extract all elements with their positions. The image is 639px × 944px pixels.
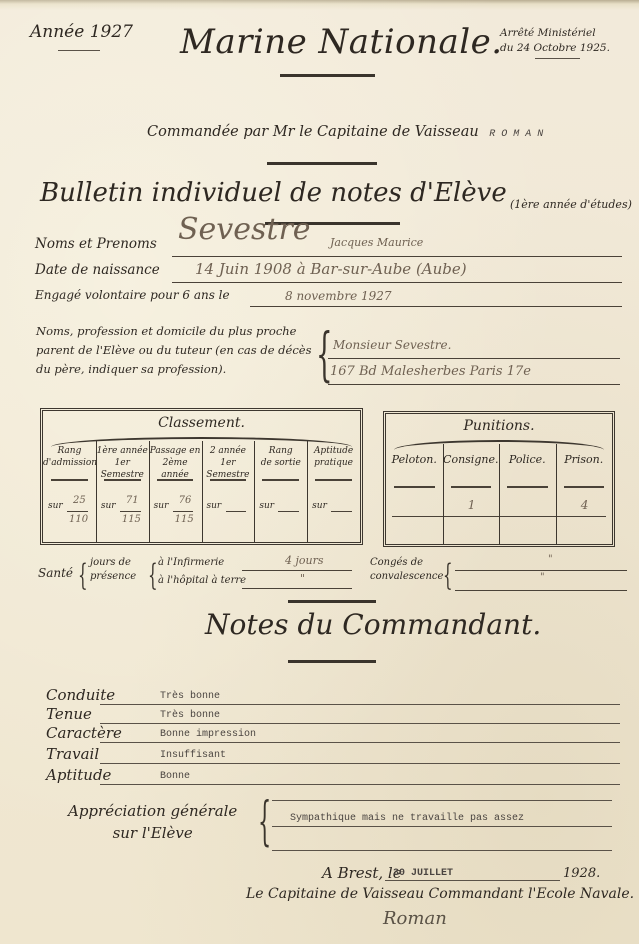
field-line [100, 704, 620, 705]
field-line [272, 800, 612, 801]
decree-line-1: Arrêté Ministériel [500, 26, 610, 41]
divider [157, 479, 194, 481]
divider [280, 74, 375, 77]
names-label: Noms et Prenoms [35, 236, 157, 252]
divider [507, 486, 548, 488]
hospital-value: " [300, 572, 305, 585]
sur-label: sur [207, 501, 222, 511]
column-header-line-1: Passage en [149, 445, 202, 457]
divider [262, 479, 299, 481]
field-line [172, 282, 622, 283]
total-value: 115 [175, 514, 194, 525]
column-header: Prison. [556, 454, 613, 466]
note-label: Aptitude [46, 766, 111, 784]
convalescence-label: Congés de convalescence [370, 556, 443, 584]
rank-value: 25 [73, 495, 86, 506]
document-title: Marine Nationale. [180, 22, 503, 62]
field-line [385, 880, 560, 881]
column-header-line-1: Rang [254, 445, 307, 457]
field-line [455, 570, 627, 571]
parent-line-1: Monsieur Sevestre. [333, 338, 451, 352]
field-line [100, 723, 620, 724]
infirmary-label: à l'Infirmerie [158, 556, 224, 570]
column-header: Peloton. [386, 454, 443, 466]
captain-name: ROMAN [489, 129, 549, 140]
divider [288, 660, 376, 663]
brace-icon: { [443, 558, 453, 593]
divider [564, 486, 605, 488]
field-line [242, 570, 352, 571]
field-line [331, 511, 352, 512]
column-header-line-2: de sortie [254, 457, 307, 469]
column-header-line-2: 1er Semestre [202, 457, 255, 481]
field-line [100, 784, 620, 785]
command-line: Commandée par Mr le Capitaine de Vaissea… [147, 124, 549, 140]
presence-label-1: jours de [90, 556, 136, 570]
appreciation-value: Sympathique mais ne travaille pas assez [290, 813, 524, 824]
field-line [272, 850, 612, 851]
sur-label: sur [101, 501, 116, 511]
divider [104, 479, 141, 481]
appreciation-label: Appréciation générale sur l'Elève [68, 800, 237, 844]
punition-value: 4 [581, 498, 589, 512]
year-field: Année 1927 [30, 22, 133, 42]
column-header-line-1: Rang [43, 445, 96, 457]
year-value: 1927 [90, 22, 133, 42]
field-line [250, 306, 622, 307]
parent-label-line-1: Noms, profession et domicile du plus pro… [36, 322, 311, 341]
total-value: 110 [69, 514, 88, 525]
decree-line-2: du 24 Octobre 1925. [500, 41, 610, 56]
rank-value: 76 [179, 495, 192, 506]
divider [535, 58, 580, 59]
year-label: Année [30, 22, 84, 42]
note-value: Très bonne [160, 710, 220, 721]
field-line [328, 384, 620, 385]
surname-value: Sevestre [178, 212, 311, 247]
presence-label-2: présence [90, 570, 136, 584]
health-label: Santé [38, 566, 73, 580]
convalescence-value-1: " [548, 554, 553, 565]
field-line [278, 511, 299, 512]
column-header: Police. [499, 454, 556, 466]
parent-label: Noms, profession et domicile du plus pro… [36, 322, 311, 379]
sur-label: sur [48, 501, 63, 511]
column-header: 2 année1er Semestre [202, 445, 255, 481]
column-header: 1ère année1er Semestre [96, 445, 149, 481]
field-line [120, 511, 141, 512]
divider [58, 50, 100, 51]
sur-label: sur [259, 501, 274, 511]
note-value: Bonne [160, 771, 190, 782]
field-line [272, 826, 612, 827]
bulletin-subtitle: (1ère année d'études) [510, 198, 632, 211]
column-header: Consigne. [443, 454, 500, 466]
parent-label-line-3: du père, indiquer sa profession). [36, 360, 311, 379]
rank-value: 71 [126, 495, 139, 506]
birth-value: 14 Juin 1908 à Bar-sur-Aube (Aube) [195, 260, 467, 278]
note-label: Travail [46, 745, 99, 763]
enlistment-label: Engagé volontaire pour 6 ans le [35, 288, 230, 302]
presence-days-label: jours de présence [90, 556, 136, 584]
field-line [100, 742, 620, 743]
signature: Roman [383, 908, 447, 929]
total-value: 115 [122, 514, 141, 525]
firstnames-value: Jacques Maurice [330, 236, 423, 249]
divider [288, 600, 376, 603]
brace-icon: { [148, 558, 158, 593]
column-header: Aptitudepratique [307, 445, 360, 469]
field-line [172, 256, 622, 257]
divider [210, 479, 247, 481]
field-line [173, 511, 194, 512]
decree-reference: Arrêté Ministériel du 24 Octobre 1925. [500, 26, 610, 56]
column-header-line-2: 2ème année [149, 457, 202, 481]
note-value: Très bonne [160, 691, 220, 702]
column-header: Rangde sortie [254, 445, 307, 469]
parent-line-2: 167 Bd Malesherbes Paris 17e [330, 364, 531, 379]
bulletin-title: Bulletin individuel de notes d'Elève [40, 178, 507, 208]
parent-label-line-2: parent de l'Elève ou du tuteur (en cas d… [36, 341, 311, 360]
column-header-line-1: Aptitude [307, 445, 360, 457]
birth-label: Date de naissance [35, 262, 160, 278]
column-header-line-2: d'admission [43, 457, 96, 469]
divider [394, 486, 435, 488]
notes-title: Notes du Commandant. [205, 608, 541, 641]
column-header: Passage en2ème année [149, 445, 202, 481]
punition-value: 1 [468, 498, 476, 512]
appreciation-label-2: sur l'Elève [68, 822, 237, 844]
signature-date: 30 JUILLET [393, 868, 453, 879]
divider [267, 162, 377, 165]
signature-year: 1928. [563, 866, 600, 881]
note-label: Conduite [46, 686, 115, 704]
divider [315, 479, 352, 481]
note-value: Insuffisant [160, 750, 226, 761]
note-label: Caractère [46, 724, 122, 742]
note-label: Tenue [46, 705, 92, 723]
field-line [67, 511, 88, 512]
field-line [100, 763, 620, 764]
classement-table: Classement. Rangd'admissionsur251101ère … [40, 408, 363, 545]
note-value: Bonne impression [160, 729, 256, 740]
classement-title: Classement. [43, 415, 360, 431]
enlistment-value: 8 novembre 1927 [285, 289, 392, 303]
brace-icon: { [78, 558, 88, 593]
convalescence-value-2: " [540, 572, 545, 583]
punitions-title: Punitions. [386, 418, 612, 434]
column-header-line-2: 1er Semestre [96, 457, 149, 481]
convalescence-label-2: convalescence [370, 570, 443, 584]
field-line [328, 358, 620, 359]
punitions-table: Punitions. Peloton.Consigne.1Police.Pris… [383, 411, 615, 547]
divider [51, 479, 88, 481]
field-line [226, 511, 247, 512]
convalescence-label-1: Congés de [370, 556, 443, 570]
hospital-label: à l'hôpital à terre [158, 574, 246, 588]
field-line [455, 590, 627, 591]
column-header-line-1: 1ère année [96, 445, 149, 457]
appreciation-label-1: Appréciation générale [68, 800, 237, 822]
brace-icon: { [258, 796, 271, 848]
command-label: Commandée par Mr le Capitaine de Vaissea… [147, 124, 479, 140]
sur-label: sur [312, 501, 327, 511]
sur-label: sur [154, 501, 169, 511]
infirmary-value: 4 jours [285, 554, 324, 567]
column-header-line-2: pratique [307, 457, 360, 469]
divider [451, 486, 492, 488]
column-header: Rangd'admission [43, 445, 96, 469]
column-header-line-1: 2 année [202, 445, 255, 457]
field-line [242, 588, 352, 589]
signatory-title: Le Capitaine de Vaisseau Commandant l'Ec… [246, 886, 634, 902]
